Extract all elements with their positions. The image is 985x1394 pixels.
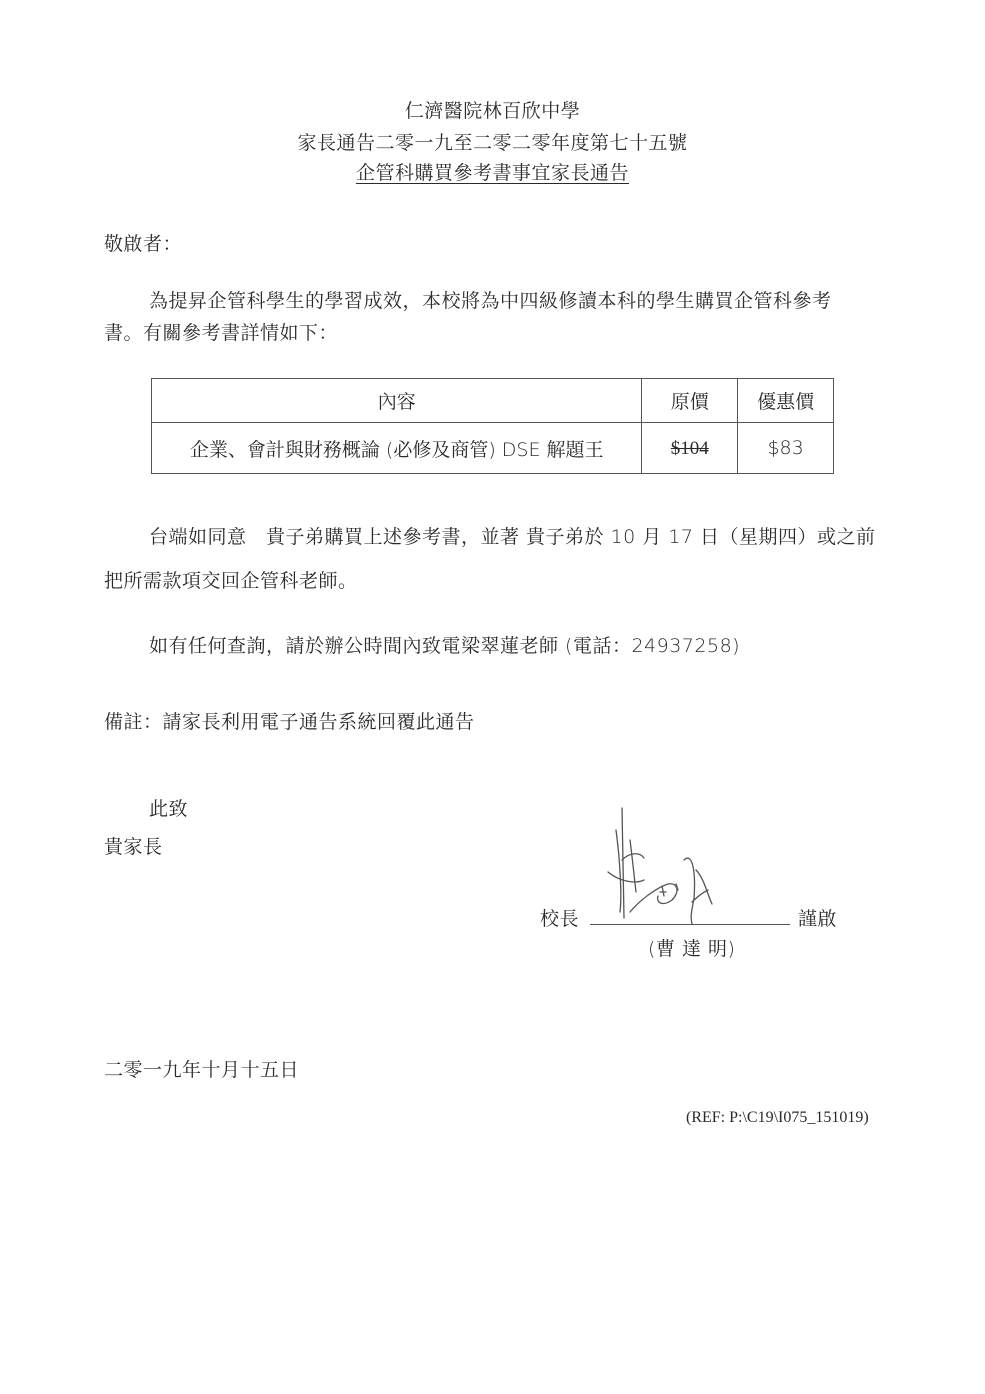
notice-subject-text: 企管科購買參考書事宜家長通告 xyxy=(356,162,629,184)
payment-line-1: 台端如同意 貴子弟購買上述參考書，並著 貴子弟於 10 月 17 日（星期四）或… xyxy=(149,522,876,549)
discount-price: $83 xyxy=(738,423,834,474)
table-header-row: 內容 原價 優惠價 xyxy=(152,379,834,423)
original-price-text: $104 xyxy=(671,438,709,459)
book-title-text: 企業、會計與財務概論 (必修及商管) DSE 解題王 xyxy=(190,439,604,461)
reference-code: (REF: P:\C19\I075_151019) xyxy=(686,1109,869,1127)
reference-book-table: 內容 原價 優惠價 企業、會計與財務概論 (必修及商管) DSE 解題王 $10… xyxy=(151,378,834,474)
original-price: $104 xyxy=(642,423,738,474)
closing-line-1: 此致 xyxy=(149,794,188,821)
column-header-original-price: 原價 xyxy=(642,379,738,423)
remark-text: 備註：請家長利用電子通告系統回覆此通告 xyxy=(104,707,475,734)
table-row: 企業、會計與財務概論 (必修及商管) DSE 解題王 $104 $83 xyxy=(152,423,834,474)
salutation: 敬啟者： xyxy=(104,229,182,256)
notice-date: 二零一九年十月十五日 xyxy=(104,1055,299,1082)
intro-line-2: 書。有關參考書詳情如下： xyxy=(104,318,338,345)
principal-name: (曹 達 明) xyxy=(648,934,735,961)
school-name: 仁濟醫院林百欣中學 xyxy=(0,96,985,123)
signature-suffix: 謹啟 xyxy=(798,904,837,931)
closing-line-2: 貴家長 xyxy=(104,832,163,859)
intro-line-1: 為提昇企管科學生的學習成效，本校將為中四級修讀本科的學生購買企管科參考 xyxy=(149,286,832,313)
enquiry-text: 如有任何查詢，請於辦公時間內致電梁翠蓮老師 (電話：24937258) xyxy=(149,631,740,658)
notice-number: 家長通告二零一九至二零二零年度第七十五號 xyxy=(0,128,985,155)
payment-line-2: 把所需款項交回企管科老師。 xyxy=(104,566,358,593)
book-title: 企業、會計與財務概論 (必修及商管) DSE 解題王 xyxy=(152,423,642,474)
notice-subject: 企管科購買參考書事宜家長通告 xyxy=(0,158,985,185)
column-header-discount-price: 優惠價 xyxy=(738,379,834,423)
signature-line xyxy=(590,924,790,925)
signature-icon xyxy=(600,800,740,930)
signature-title: 校長 xyxy=(540,904,579,931)
column-header-content: 內容 xyxy=(152,379,642,423)
